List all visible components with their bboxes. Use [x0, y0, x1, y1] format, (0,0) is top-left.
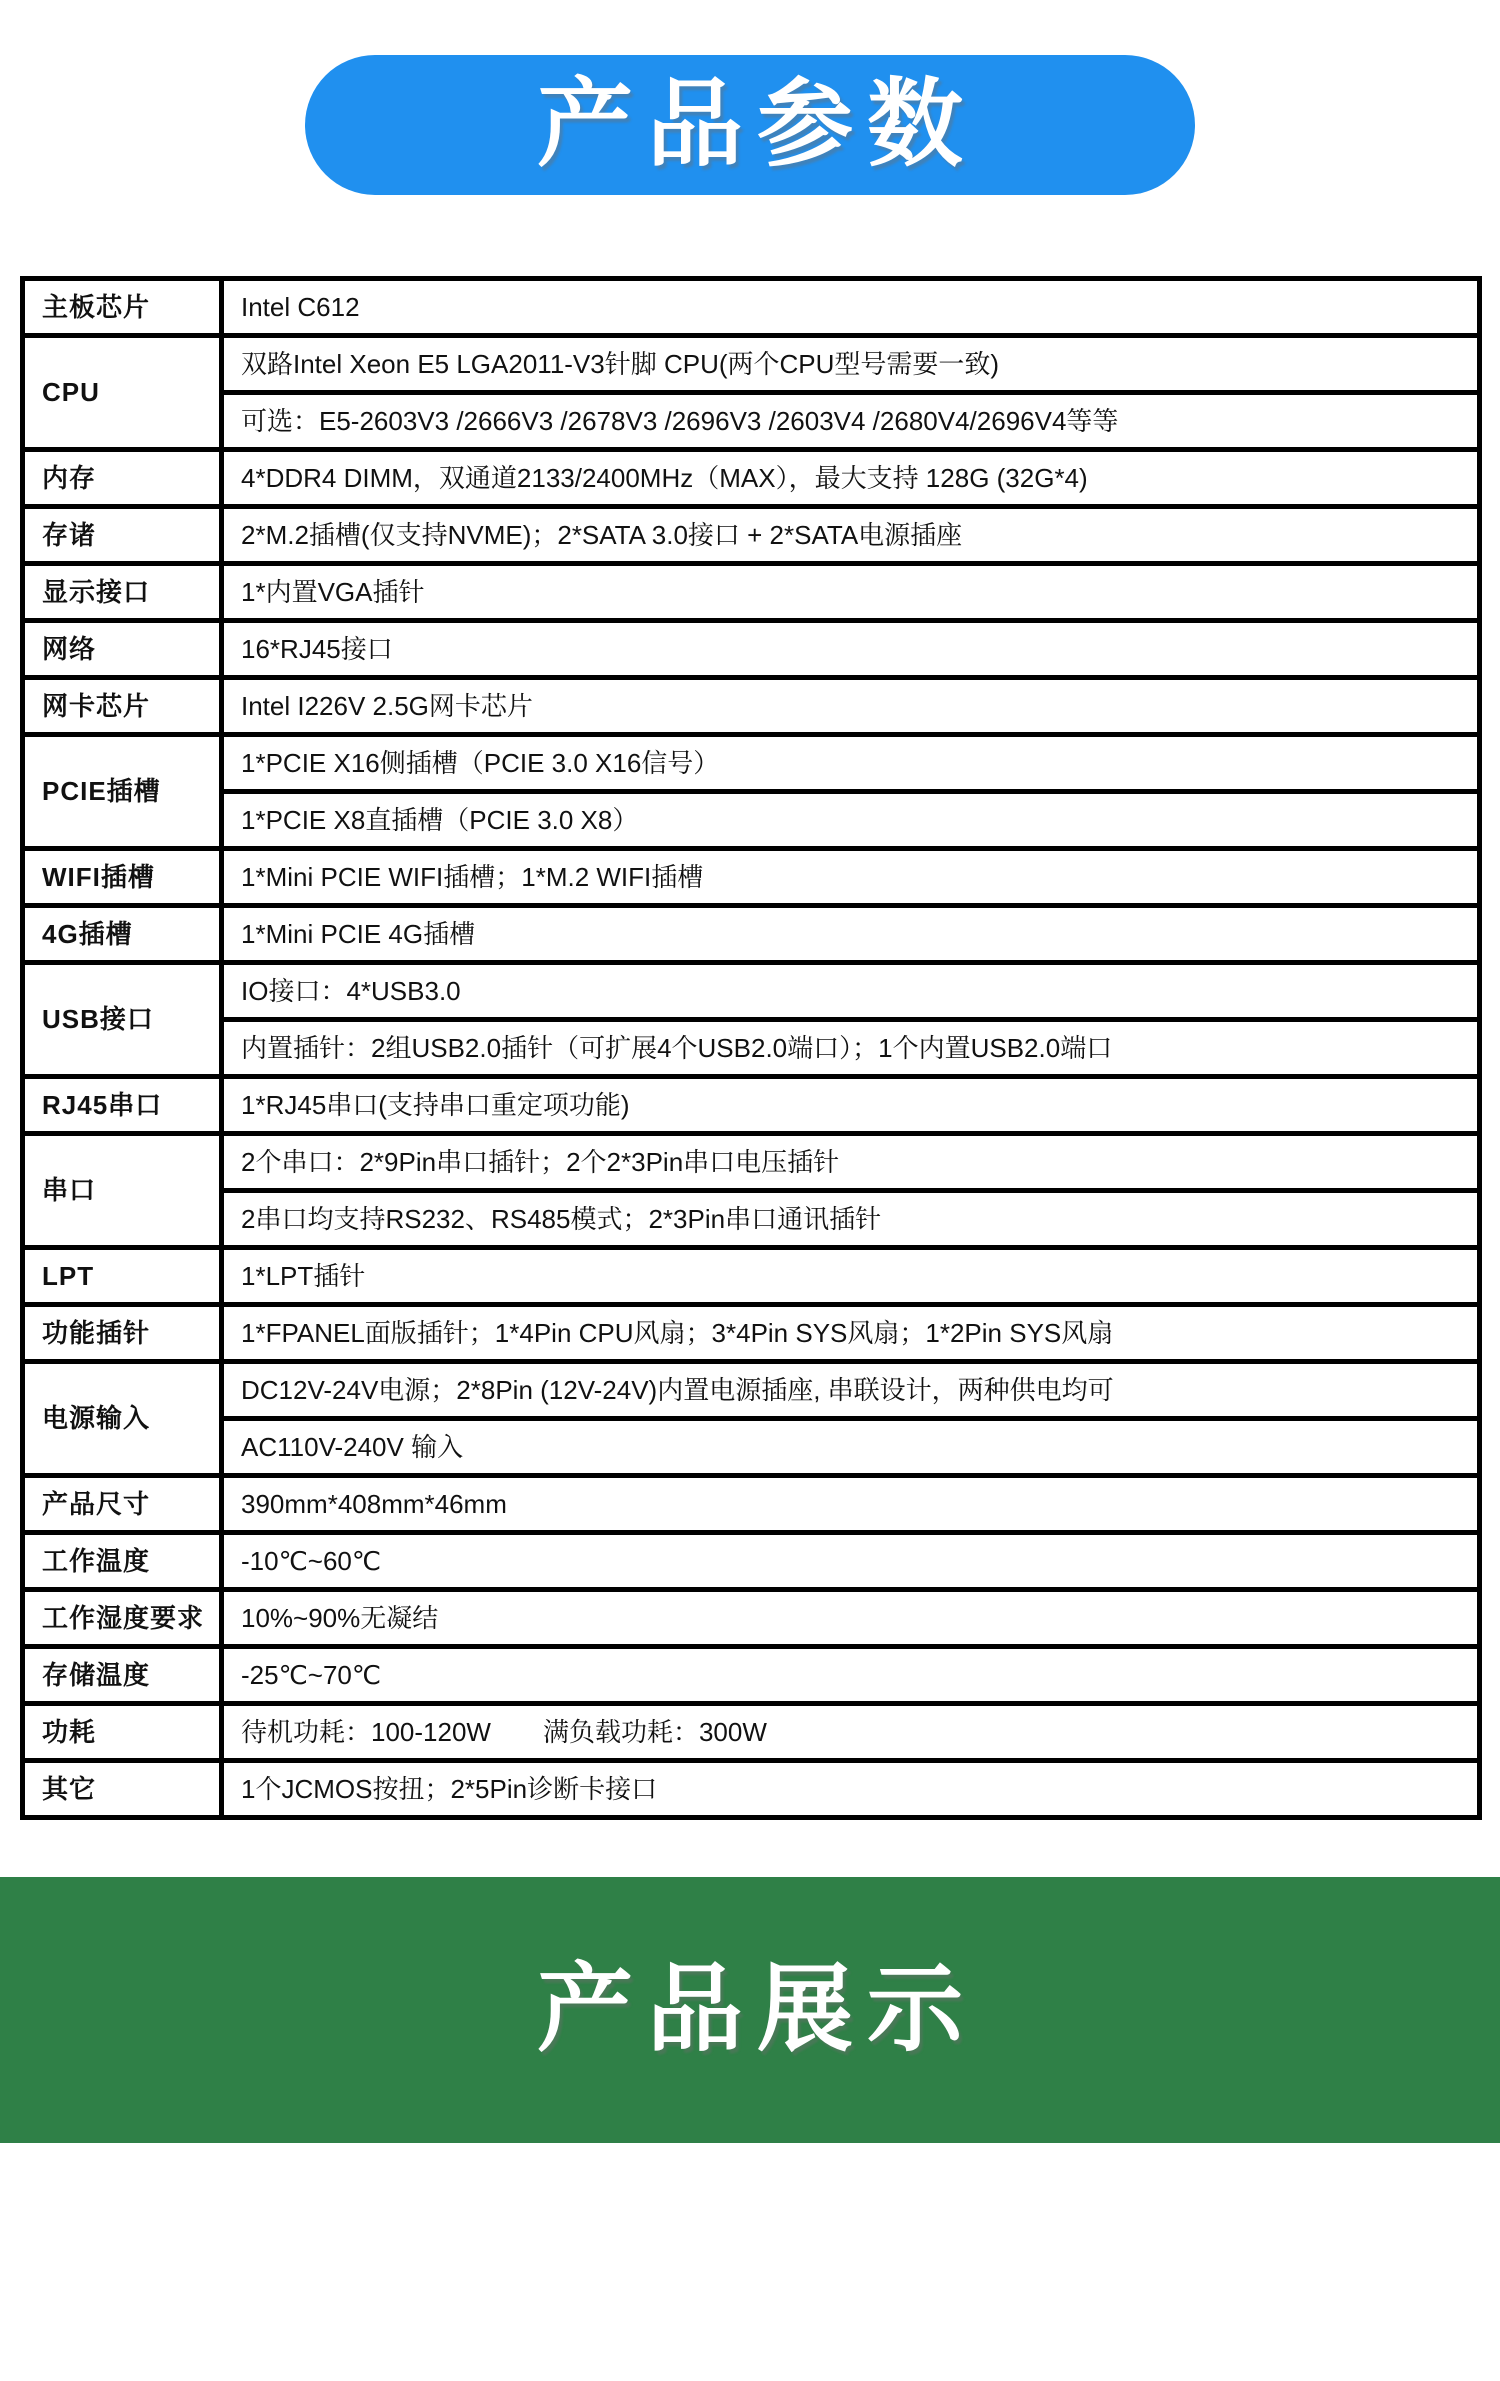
spec-value: 1*PCIE X16侧插槽（PCIE 3.0 X16信号） [222, 735, 1480, 792]
spec-label: WIFI插槽 [23, 849, 222, 906]
spec-label: PCIE插槽 [23, 735, 222, 849]
spec-value: 1*内置VGA插针 [222, 564, 1480, 621]
spec-table: 主板芯片Intel C612CPU双路Intel Xeon E5 LGA2011… [20, 276, 1482, 1820]
spec-row: WIFI插槽1*Mini PCIE WIFI插槽；1*M.2 WIFI插槽 [23, 849, 1480, 906]
spec-value: 待机功耗：100-120W 满负载功耗：300W [222, 1704, 1480, 1761]
spec-row: 内存4*DDR4 DIMM，双通道2133/2400MHz（MAX），最大支持 … [23, 450, 1480, 507]
spec-label: 显示接口 [23, 564, 222, 621]
spec-value: Intel I226V 2.5G网卡芯片 [222, 678, 1480, 735]
spec-label: 功能插针 [23, 1305, 222, 1362]
spec-row: 工作温度-10℃~60℃ [23, 1533, 1480, 1590]
spec-row: AC110V-240V 输入 [23, 1419, 1480, 1476]
spec-row: 存储温度-25℃~70℃ [23, 1647, 1480, 1704]
spec-label: 存储温度 [23, 1647, 222, 1704]
spec-value: 1个JCMOS按扭；2*5Pin诊断卡接口 [222, 1761, 1480, 1818]
spec-value: 可选：E5-2603V3 /2666V3 /2678V3 /2696V3 /26… [222, 393, 1480, 450]
spec-table-body: 主板芯片Intel C612CPU双路Intel Xeon E5 LGA2011… [23, 279, 1480, 1818]
spec-value: 2个串口：2*9Pin串口插针；2个2*3Pin串口电压插针 [222, 1134, 1480, 1191]
spec-value: 16*RJ45接口 [222, 621, 1480, 678]
spec-label: 工作湿度要求 [23, 1590, 222, 1647]
spec-value: IO接口：4*USB3.0 [222, 963, 1480, 1020]
spec-value: 10%~90%无凝结 [222, 1590, 1480, 1647]
spec-value: AC110V-240V 输入 [222, 1419, 1480, 1476]
page: { "colors": { "header_bg": "#2090EF", "f… [0, 55, 1500, 2381]
spec-row: RJ45串口1*RJ45串口(支持串口重定项功能) [23, 1077, 1480, 1134]
spec-row: 4G插槽1*Mini PCIE 4G插槽 [23, 906, 1480, 963]
spec-value: 内置插针：2组USB2.0插针（可扩展4个USB2.0端口）；1个内置USB2.… [222, 1020, 1480, 1077]
spec-row: 串口2个串口：2*9Pin串口插针；2个2*3Pin串口电压插针 [23, 1134, 1480, 1191]
spec-row: 存诸2*M.2插槽(仅支持NVME)；2*SATA 3.0接口 + 2*SATA… [23, 507, 1480, 564]
spec-label: 工作温度 [23, 1533, 222, 1590]
spec-row: 工作湿度要求10%~90%无凝结 [23, 1590, 1480, 1647]
spec-value: -10℃~60℃ [222, 1533, 1480, 1590]
spec-row: 网卡芯片Intel I226V 2.5G网卡芯片 [23, 678, 1480, 735]
spec-row: 2串口均支持RS232、RS485模式；2*3Pin串口通讯插针 [23, 1191, 1480, 1248]
spec-label: LPT [23, 1248, 222, 1305]
spec-value: 2串口均支持RS232、RS485模式；2*3Pin串口通讯插针 [222, 1191, 1480, 1248]
spec-label: CPU [23, 336, 222, 450]
spec-value: 1*RJ45串口(支持串口重定项功能) [222, 1077, 1480, 1134]
spec-label: 其它 [23, 1761, 222, 1818]
product-params-title: 产品参数 [523, 77, 977, 173]
spec-label: 串口 [23, 1134, 222, 1248]
spec-row: 主板芯片Intel C612 [23, 279, 1480, 336]
spec-value: 4*DDR4 DIMM，双通道2133/2400MHz（MAX），最大支持 12… [222, 450, 1480, 507]
product-display-title: 产品展示 [523, 1962, 977, 2058]
spec-row: LPT1*LPT插针 [23, 1248, 1480, 1305]
spec-label: 网卡芯片 [23, 678, 222, 735]
spec-value: 1*PCIE X8直插槽（PCIE 3.0 X8） [222, 792, 1480, 849]
spec-value: -25℃~70℃ [222, 1647, 1480, 1704]
spec-label: 4G插槽 [23, 906, 222, 963]
spec-row: 内置插针：2组USB2.0插针（可扩展4个USB2.0端口）；1个内置USB2.… [23, 1020, 1480, 1077]
spec-row: 网络16*RJ45接口 [23, 621, 1480, 678]
spec-value: 1*LPT插针 [222, 1248, 1480, 1305]
spec-row: 电源输入DC12V-24V电源；2*8Pin (12V-24V)内置电源插座, … [23, 1362, 1480, 1419]
spec-label: 主板芯片 [23, 279, 222, 336]
spec-row: PCIE插槽1*PCIE X16侧插槽（PCIE 3.0 X16信号） [23, 735, 1480, 792]
spec-row: 功能插针1*FPANEL面版插针；1*4Pin CPU风扇；3*4Pin SYS… [23, 1305, 1480, 1362]
spec-label: USB接口 [23, 963, 222, 1077]
spec-value: 1*FPANEL面版插针；1*4Pin CPU风扇；3*4Pin SYS风扇；1… [222, 1305, 1480, 1362]
spec-value: 1*Mini PCIE 4G插槽 [222, 906, 1480, 963]
spec-label: 网络 [23, 621, 222, 678]
spec-value: 1*Mini PCIE WIFI插槽；1*M.2 WIFI插槽 [222, 849, 1480, 906]
spec-label: 存诸 [23, 507, 222, 564]
spec-row: 产品尺寸390mm*408mm*46mm [23, 1476, 1480, 1533]
product-display-banner: 产品展示 [0, 1877, 1500, 2143]
spec-row: CPU双路Intel Xeon E5 LGA2011-V3针脚 CPU(两个CP… [23, 336, 1480, 393]
spec-row: USB接口IO接口：4*USB3.0 [23, 963, 1480, 1020]
spec-row: 1*PCIE X8直插槽（PCIE 3.0 X8） [23, 792, 1480, 849]
spec-row: 显示接口1*内置VGA插针 [23, 564, 1480, 621]
spec-value: Intel C612 [222, 279, 1480, 336]
spec-label: 内存 [23, 450, 222, 507]
product-params-banner: 产品参数 [305, 55, 1195, 195]
spec-value: 2*M.2插槽(仅支持NVME)；2*SATA 3.0接口 + 2*SATA电源… [222, 507, 1480, 564]
spec-value: 390mm*408mm*46mm [222, 1476, 1480, 1533]
spec-row: 其它1个JCMOS按扭；2*5Pin诊断卡接口 [23, 1761, 1480, 1818]
spec-value: 双路Intel Xeon E5 LGA2011-V3针脚 CPU(两个CPU型号… [222, 336, 1480, 393]
spec-label: RJ45串口 [23, 1077, 222, 1134]
spec-row: 可选：E5-2603V3 /2666V3 /2678V3 /2696V3 /26… [23, 393, 1480, 450]
spec-label: 功耗 [23, 1704, 222, 1761]
spec-label: 产品尺寸 [23, 1476, 222, 1533]
spec-label: 电源输入 [23, 1362, 222, 1476]
spec-value: DC12V-24V电源；2*8Pin (12V-24V)内置电源插座, 串联设计… [222, 1362, 1480, 1419]
spec-row: 功耗待机功耗：100-120W 满负载功耗：300W [23, 1704, 1480, 1761]
